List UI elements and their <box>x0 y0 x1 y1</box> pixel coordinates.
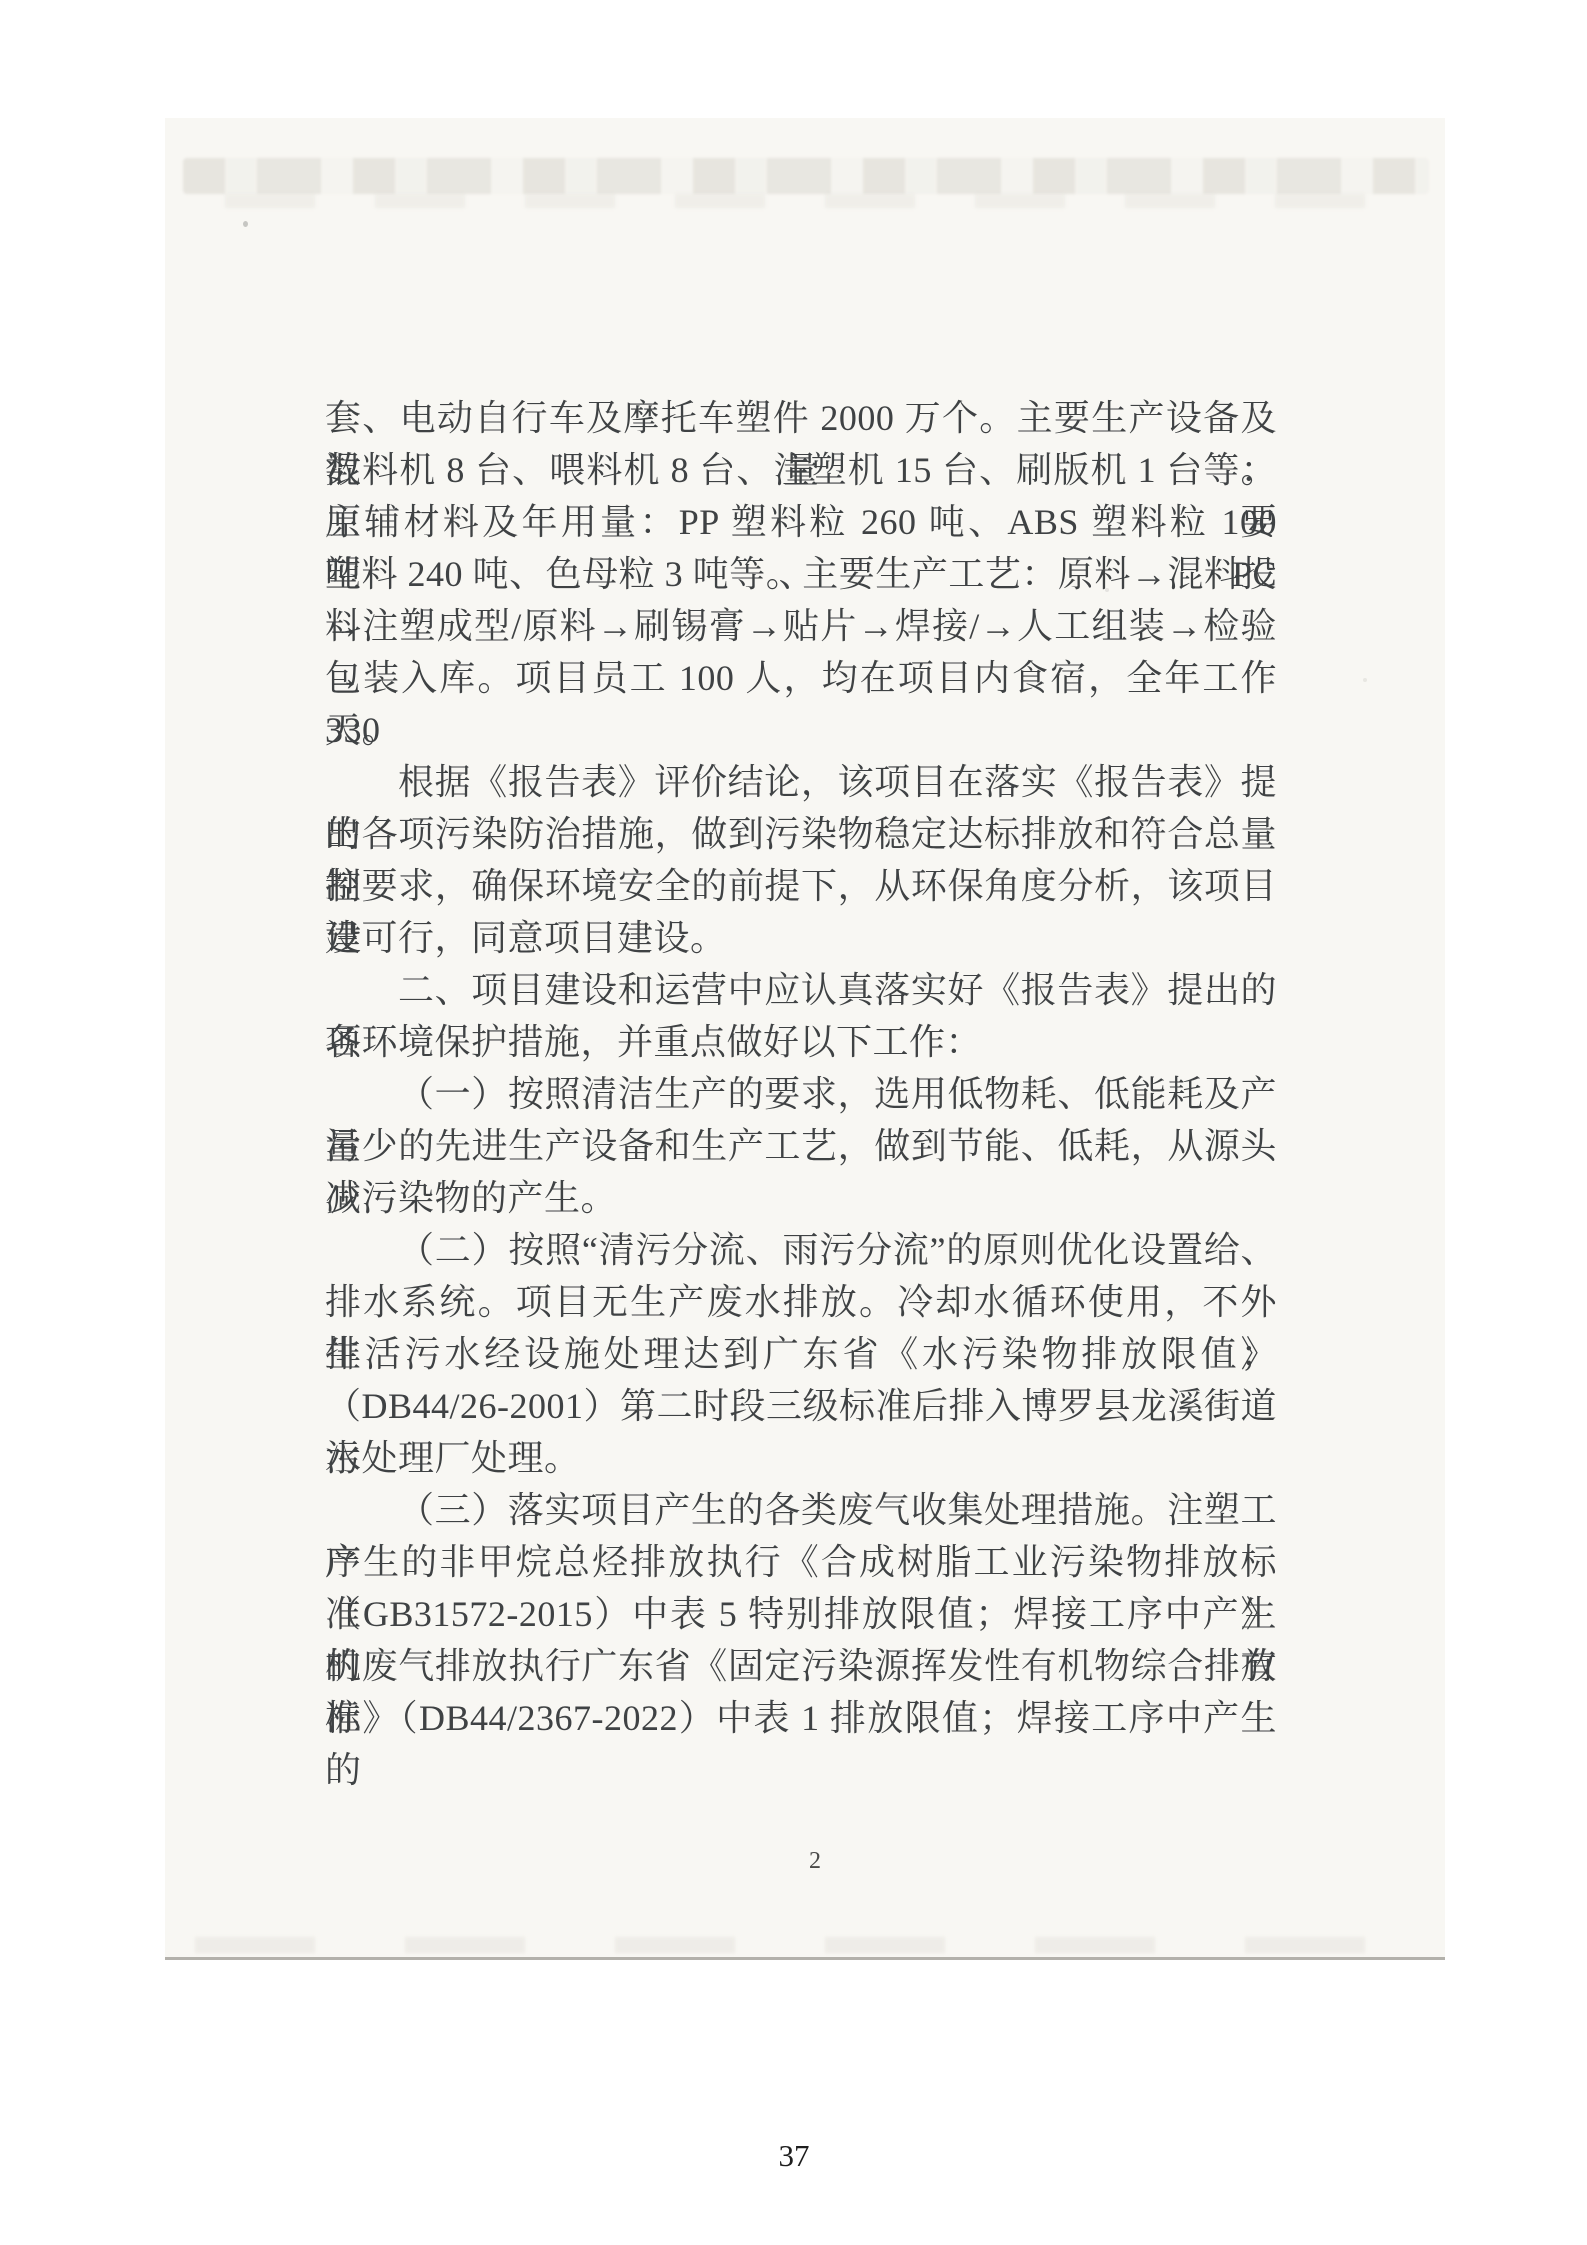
text-line: 量少的先进生产设备和生产工艺，做到节能、低耗，从源头减 <box>325 1120 1277 1172</box>
text-line: 混料机 8 台、喂料机 8 台、注塑机 15 台、刷版机 1 台等。主要 <box>325 444 1277 496</box>
text-line: 排水系统。项目无生产废水排放。冷却水循环使用，不外排； <box>325 1276 1277 1328</box>
scan-speck <box>243 221 248 227</box>
text-line: （DB44/26-2001）第二时段三级标准后排入博罗县龙溪街道污 <box>325 1380 1277 1432</box>
text-line: （三）落实项目产生的各类废气收集处理措施。注塑工序 <box>325 1484 1277 1536</box>
scanned-document-page: 套、电动自行车及摩托车塑件 2000 万个。主要生产设备及数量： 混料机 8 台… <box>165 118 1445 1960</box>
text-line: →注塑成型/原料→刷锡膏→贴片→焊接/→人工组装→检验→ <box>325 600 1277 652</box>
text-line: （二）按照“清污分流、雨污分流”的原则优化设置给、 <box>325 1224 1277 1276</box>
text-line: 水处理厂处理。 <box>325 1432 1277 1484</box>
text-line: 产生的非甲烷总烃排放执行《合成树脂工业污染物排放标准》 <box>325 1536 1277 1588</box>
text-line: 项环境保护措施，并重点做好以下工作： <box>325 1016 1277 1068</box>
text-line: （一）按照清洁生产的要求，选用低物耗、低能耗及产污 <box>325 1068 1277 1120</box>
text-line: 的各项污染防治措施，做到污染物稳定达标排放和符合总量控 <box>325 808 1277 860</box>
text-line: 生活污水经设施处理达到广东省《水污染物排放限值》 <box>325 1328 1277 1380</box>
text-line: 设可行，同意项目建设。 <box>325 912 1277 964</box>
text-line: 根据《报告表》评价结论，该项目在落实《报告表》提出 <box>325 756 1277 808</box>
text-line: 原辅材料及年用量：PP 塑料粒 260 吨、ABS 塑料粒 100 吨、PC <box>325 496 1277 548</box>
pdf-page: 套、电动自行车及摩托车塑件 2000 万个。主要生产设备及数量： 混料机 8 台… <box>0 0 1587 2245</box>
scan-artifact-band-bottom <box>195 1937 1425 1953</box>
text-line: （GB31572-2015）中表 5 特别排放限值；焊接工序中产生的有 <box>325 1588 1277 1640</box>
text-line: 天。 <box>325 704 1277 756</box>
document-page-number: 37 <box>754 2138 834 2174</box>
document-body-text: 套、电动自行车及摩托车塑件 2000 万个。主要生产设备及数量： 混料机 8 台… <box>325 392 1277 1744</box>
text-line: 二、项目建设和运营中应认真落实好《报告表》提出的各 <box>325 964 1277 1016</box>
text-line: 少污染物的产生。 <box>325 1172 1277 1224</box>
text-line: 制要求，确保环境安全的前提下，从环保角度分析，该项目建 <box>325 860 1277 912</box>
text-line: 准》（DB44/2367-2022）中表 1 排放限值；焊接工序中产生的 <box>325 1692 1277 1744</box>
text-line: 套、电动自行车及摩托车塑件 2000 万个。主要生产设备及数量： <box>325 392 1277 444</box>
scan-artifact-band-top-2 <box>225 194 1385 208</box>
text-line: 包装入库。项目员工 100 人，均在项目内食宿，全年工作 330 <box>325 652 1277 704</box>
text-line: 塑料 240 吨、色母粒 3 吨等。主要生产工艺：原料→混料投料 <box>325 548 1277 600</box>
text-line: 机废气排放执行广东省《固定污染源挥发性有机物综合排放标 <box>325 1640 1277 1692</box>
scan-artifact-band-top <box>183 158 1429 194</box>
scan-speck <box>1363 678 1367 682</box>
scan-page-number: 2 <box>795 1848 835 1875</box>
